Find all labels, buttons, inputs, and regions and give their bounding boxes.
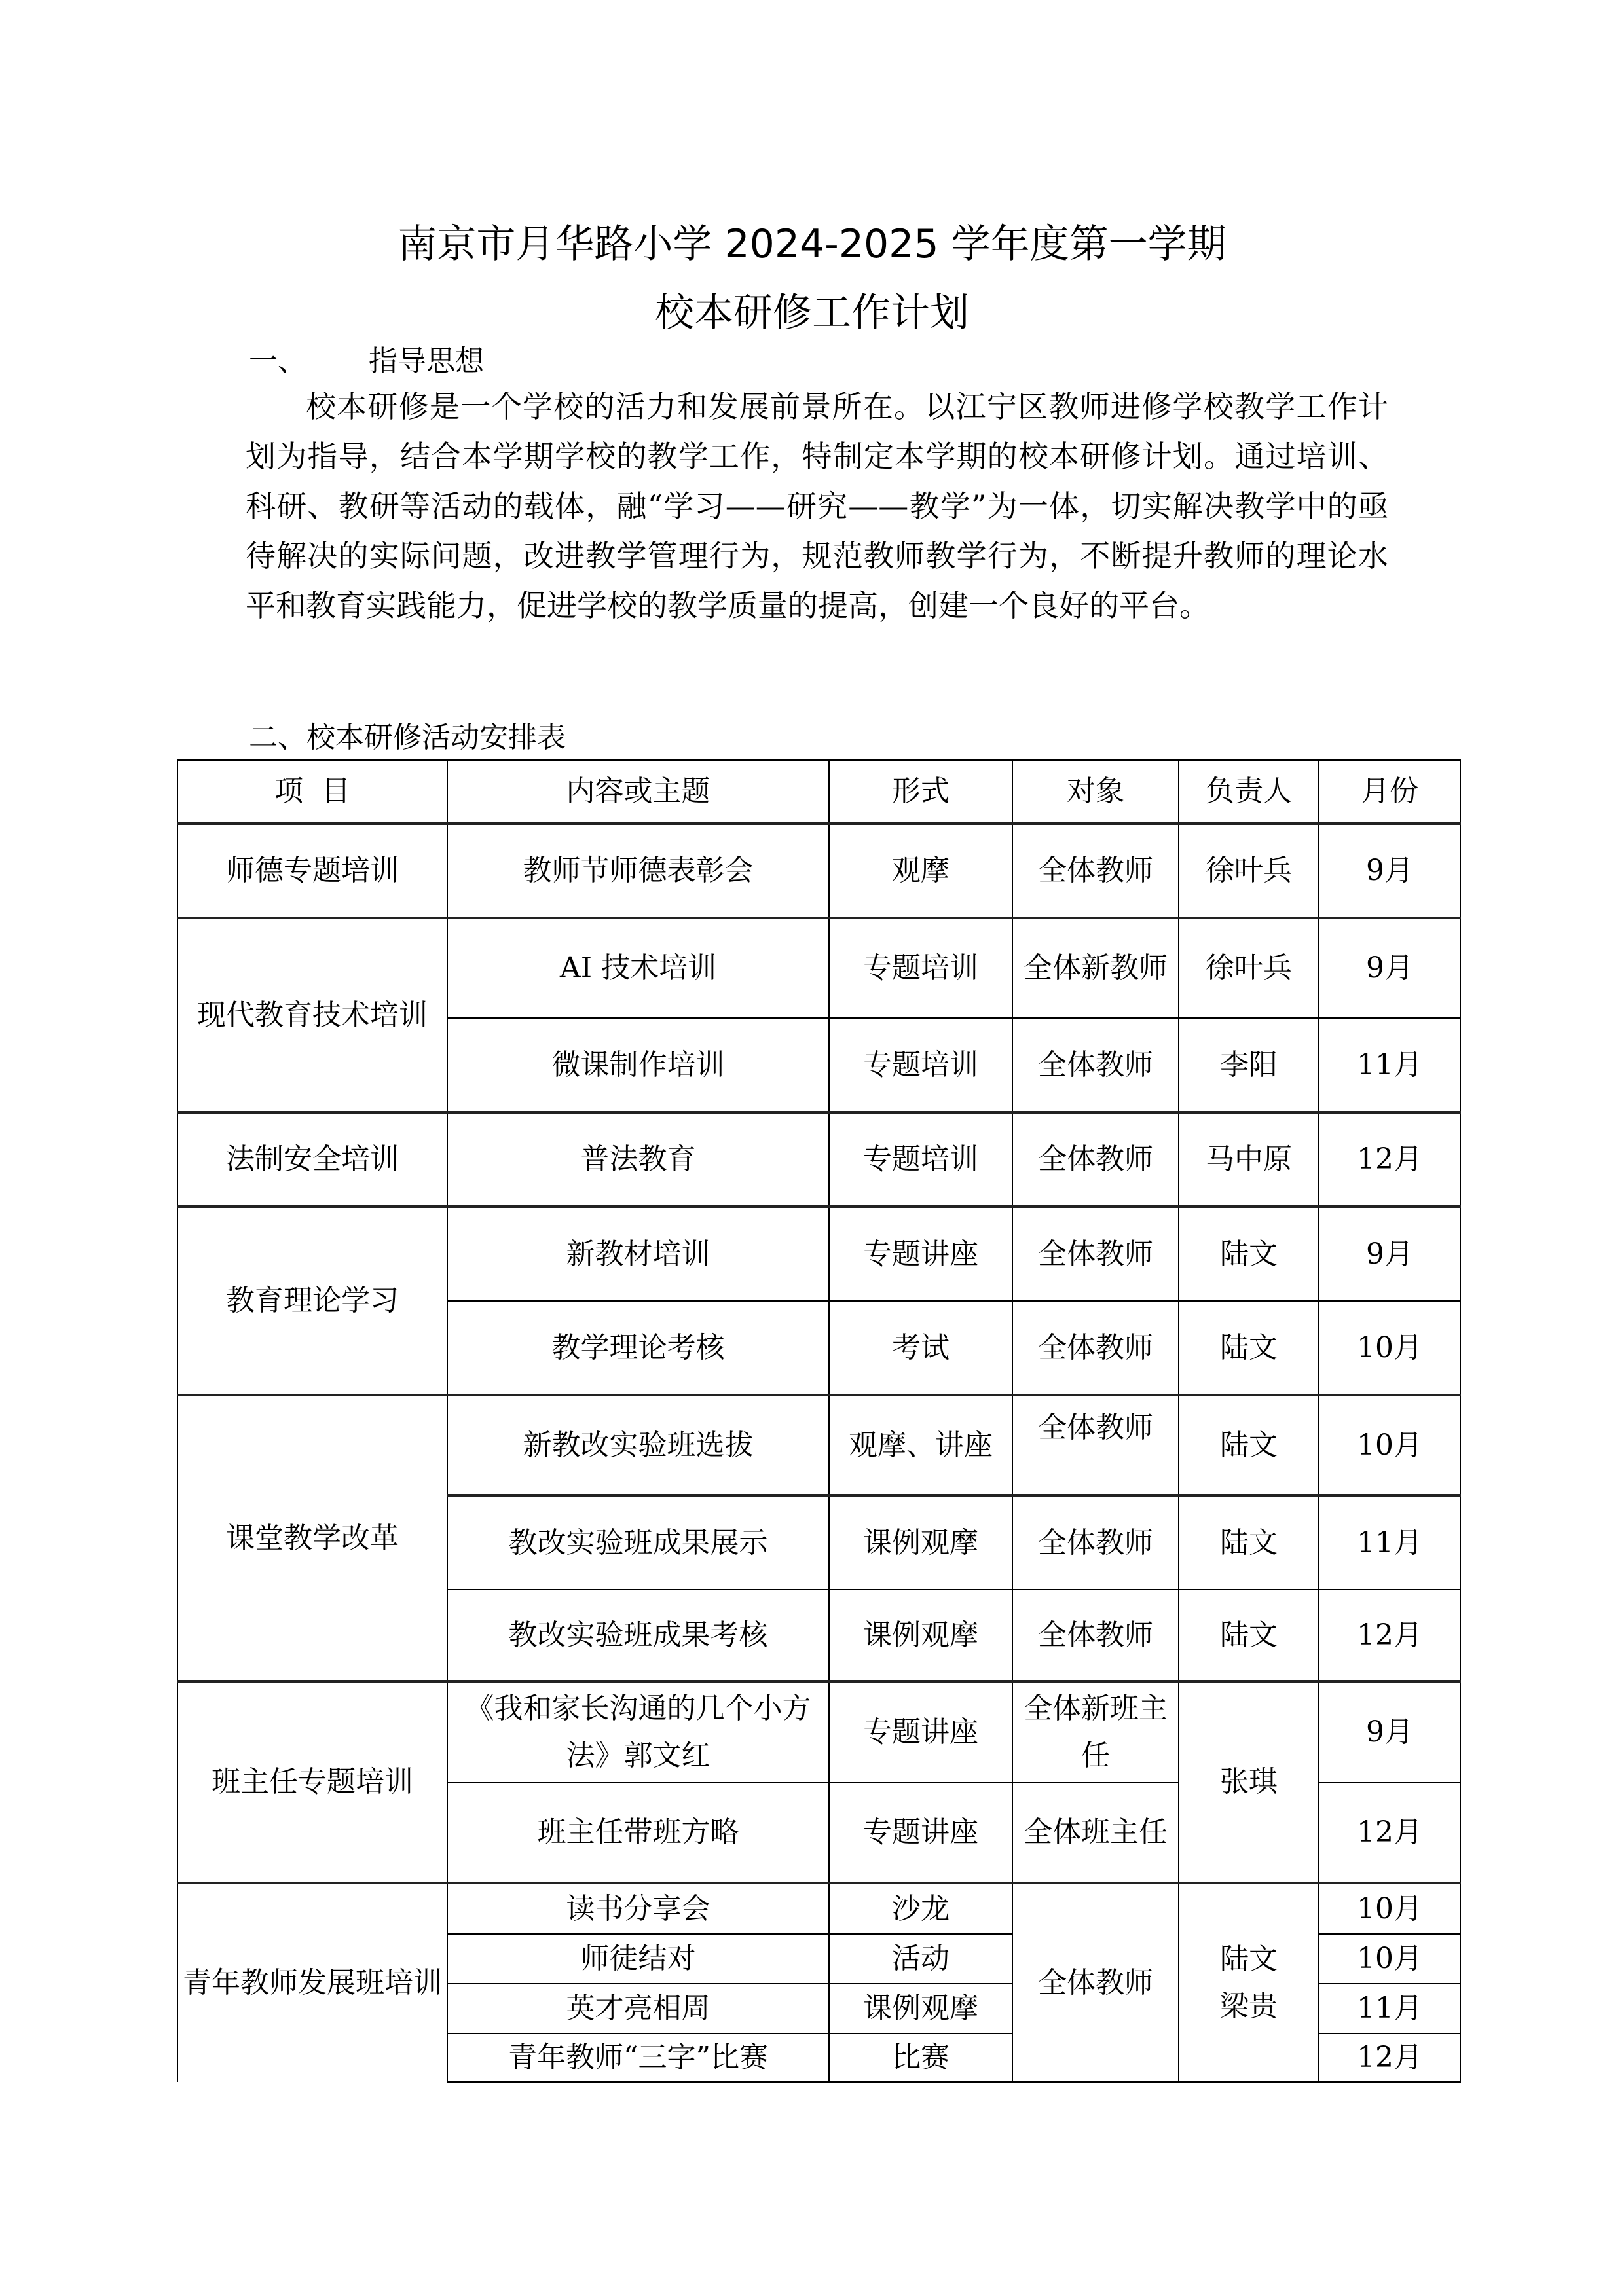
cell-form: 观摩 [829, 824, 1012, 918]
cell-target: 全体新班主任 [1012, 1681, 1179, 1783]
cell-month: 10月 [1319, 1883, 1460, 1934]
cell-month: 10月 [1319, 1395, 1460, 1495]
cell-target: 全体教师 [1012, 1207, 1179, 1301]
group-label: 青年教师发展班培训 [177, 1883, 447, 2082]
section-heading-guiding-idea: 一、指导思想 [249, 337, 484, 379]
cell-form: 比赛 [829, 2033, 1012, 2082]
table-row: 现代教育技术培训 AI 技术培训 专题培训 全体新教师 徐叶兵 9月 [177, 918, 1460, 1018]
cell-target: 全体教师 [1012, 1395, 1179, 1495]
cell-content: AI 技术培训 [447, 918, 829, 1018]
cell-month: 12月 [1319, 2033, 1460, 2082]
cell-month: 12月 [1319, 1783, 1460, 1883]
cell-content: 英才亮相周 [447, 1984, 829, 2033]
cell-target: 全体教师 [1012, 1883, 1179, 2082]
group-label: 师德专题培训 [177, 824, 447, 918]
header-month: 月份 [1319, 760, 1460, 824]
group-label: 教育理论学习 [177, 1207, 447, 1395]
cell-month: 9月 [1319, 824, 1460, 918]
cell-month: 12月 [1319, 1590, 1460, 1681]
cell-owner: 徐叶兵 [1179, 918, 1319, 1018]
cell-form: 专题讲座 [829, 1207, 1012, 1301]
cell-target: 全体教师 [1012, 1301, 1179, 1395]
cell-month: 11月 [1319, 1495, 1460, 1590]
cell-owner: 陆文 [1179, 1207, 1319, 1301]
cell-owner: 陆文 梁贵 [1179, 1883, 1319, 2082]
cell-month: 9月 [1319, 1207, 1460, 1301]
group-label: 法制安全培训 [177, 1112, 447, 1207]
cell-content: 普法教育 [447, 1112, 829, 1207]
cell-form: 专题培训 [829, 1112, 1012, 1207]
section-heading-schedule: 二、校本研修活动安排表 [249, 714, 566, 756]
table-row: 课堂教学改革 新教改实验班选拔 观摩、讲座 全体教师 陆文 10月 [177, 1395, 1460, 1495]
cell-form: 活动 [829, 1934, 1012, 1984]
guiding-idea-paragraph: 校本研修是一个学校的活力和发展前景所在。以江宁区教师进修学校教学工作计划为指导，… [246, 382, 1388, 630]
cell-target: 全体教师 [1012, 824, 1179, 918]
document-subtitle: 校本研修工作计划 [0, 282, 1624, 338]
cell-form: 专题讲座 [829, 1783, 1012, 1883]
group-label: 班主任专题培训 [177, 1681, 447, 1883]
cell-owner: 陆文 [1179, 1395, 1319, 1495]
cell-owner: 陆文 [1179, 1590, 1319, 1681]
cell-form: 专题培训 [829, 918, 1012, 1018]
cell-target: 全体教师 [1012, 1018, 1179, 1112]
cell-target: 全体教师 [1012, 1495, 1179, 1590]
cell-content: 教学理论考核 [447, 1301, 829, 1395]
cell-content: 读书分享会 [447, 1883, 829, 1934]
cell-form: 课例观摩 [829, 1984, 1012, 2033]
cell-content: 新教改实验班选拔 [447, 1395, 829, 1495]
cell-target: 全体教师 [1012, 1112, 1179, 1207]
activity-schedule-table: 项 目 内容或主题 形式 对象 负责人 月份 师德专题培训 教师节师德表彰会 观… [177, 759, 1461, 2083]
cell-owner: 张琪 [1179, 1681, 1319, 1883]
cell-month: 12月 [1319, 1112, 1460, 1207]
cell-content: 师徒结对 [447, 1934, 829, 1984]
cell-target: 全体班主任 [1012, 1783, 1179, 1883]
table-row: 青年教师发展班培训 读书分享会 沙龙 全体教师 陆文 梁贵 10月 [177, 1883, 1460, 1934]
table-row: 教育理论学习 新教材培训 专题讲座 全体教师 陆文 9月 [177, 1207, 1460, 1301]
cell-month: 10月 [1319, 1301, 1460, 1395]
section-number: 一、 [249, 344, 306, 378]
cell-month: 10月 [1319, 1934, 1460, 1984]
header-content: 内容或主题 [447, 760, 829, 824]
cell-content: 教改实验班成果考核 [447, 1590, 829, 1681]
cell-owner: 马中原 [1179, 1112, 1319, 1207]
cell-month: 9月 [1319, 918, 1460, 1018]
cell-owner: 陆文 [1179, 1495, 1319, 1590]
cell-form: 专题讲座 [829, 1681, 1012, 1783]
cell-form: 考试 [829, 1301, 1012, 1395]
cell-owner: 陆文 [1179, 1301, 1319, 1395]
cell-form: 课例观摩 [829, 1590, 1012, 1681]
cell-content: 教师节师德表彰会 [447, 824, 829, 918]
table-row: 法制安全培训 普法教育 专题培训 全体教师 马中原 12月 [177, 1112, 1460, 1207]
table-row: 师德专题培训 教师节师德表彰会 观摩 全体教师 徐叶兵 9月 [177, 824, 1460, 918]
cell-owner: 李阳 [1179, 1018, 1319, 1112]
cell-form: 课例观摩 [829, 1495, 1012, 1590]
cell-form: 沙龙 [829, 1883, 1012, 1934]
group-label: 课堂教学改革 [177, 1395, 447, 1681]
cell-month: 9月 [1319, 1681, 1460, 1783]
cell-content: 微课制作培训 [447, 1018, 829, 1112]
header-form: 形式 [829, 760, 1012, 824]
cell-content: 《我和家长沟通的几个小方法》郭文红 [447, 1681, 829, 1783]
cell-target: 全体新教师 [1012, 918, 1179, 1018]
section-title: 指导思想 [369, 344, 484, 378]
cell-month: 11月 [1319, 1984, 1460, 2033]
table-row: 班主任专题培训 《我和家长沟通的几个小方法》郭文红 专题讲座 全体新班主任 张琪… [177, 1681, 1460, 1783]
header-target: 对象 [1012, 760, 1179, 824]
cell-owner: 徐叶兵 [1179, 824, 1319, 918]
group-label: 现代教育技术培训 [177, 918, 447, 1112]
document-title: 南京市月华路小学 2024-2025 学年度第一学期 [0, 213, 1624, 269]
header-owner: 负责人 [1179, 760, 1319, 824]
cell-form: 观摩、讲座 [829, 1395, 1012, 1495]
cell-month: 11月 [1319, 1018, 1460, 1112]
cell-content: 教改实验班成果展示 [447, 1495, 829, 1590]
cell-form: 专题培训 [829, 1018, 1012, 1112]
table-header-row: 项 目 内容或主题 形式 对象 负责人 月份 [177, 760, 1460, 824]
cell-content: 新教材培训 [447, 1207, 829, 1301]
cell-target: 全体教师 [1012, 1590, 1179, 1681]
cell-content: 班主任带班方略 [447, 1783, 829, 1883]
cell-content: 青年教师“三字”比赛 [447, 2033, 829, 2082]
header-item: 项 目 [177, 760, 447, 824]
